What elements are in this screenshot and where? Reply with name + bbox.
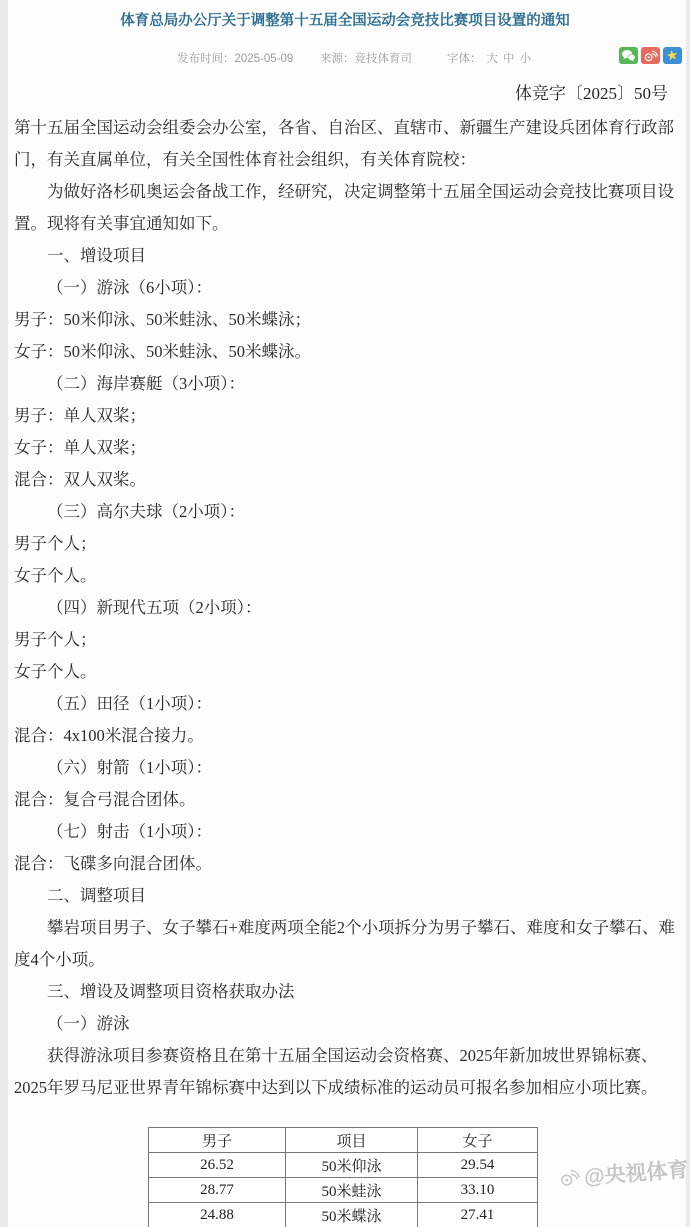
body-lines: 第十五届全国运动会组委会办公室，各省、自治区、直辖市、新疆生产建设兵团体育行政部…: [14, 112, 680, 1104]
body-line: （四）新现代五项（2小项）：: [14, 592, 680, 624]
source-label: 来源：竞技体育司: [320, 50, 412, 68]
table-cell: 24.88: [149, 1203, 286, 1227]
body-line: 男子个人；: [14, 624, 680, 656]
watermark-text: @央视体育: [583, 1153, 689, 1190]
body-line: （三）高尔夫球（2小项）：: [14, 496, 680, 528]
table-row: 28.7750米蛙泳33.10: [149, 1178, 538, 1203]
body-line: 混合：飞碟多向混合团体。: [14, 848, 680, 880]
favorite-share-button[interactable]: ★: [663, 47, 682, 64]
swim-standards-table: 男子项目女子 26.5250米仰泳29.5428.7750米蛙泳33.1024.…: [148, 1127, 538, 1227]
font-size-label: 字体：: [447, 53, 482, 65]
weibo-icon: [643, 49, 658, 62]
body-line: （一）游泳（6小项）：: [14, 272, 680, 304]
body-line: 男子：50米仰泳、50米蛙泳、50米蝶泳；: [14, 304, 680, 336]
body-line: 置。现将有关事宜通知如下。: [14, 208, 680, 240]
body-line: 混合：4x100米混合接力。: [14, 720, 680, 752]
document-number: 体竞字〔2025〕50号: [0, 82, 690, 106]
body-line: 混合：复合弓混合团体。: [14, 784, 680, 816]
body-line: 女子个人。: [14, 656, 680, 688]
body-line: 女子个人。: [14, 560, 680, 592]
wechat-share-button[interactable]: [619, 47, 638, 64]
table-header-cell: 项目: [286, 1128, 418, 1153]
body-line: 攀岩项目男子、女子攀石+难度两项全能2个小项拆分为男子攀石、难度和女子攀石、难: [14, 912, 680, 944]
body-line: （六）射箭（1小项）：: [14, 752, 680, 784]
body-line: （五）田径（1小项）：: [14, 688, 680, 720]
table-cell: 29.54: [418, 1153, 538, 1178]
body-line: 混合：双人双桨。: [14, 464, 680, 496]
wechat-icon: [621, 49, 636, 62]
weibo-share-button[interactable]: [641, 47, 660, 64]
table-head: 男子项目女子: [149, 1128, 538, 1153]
body-line: （七）射击（1小项）：: [14, 816, 680, 848]
table-cell: 27.41: [418, 1203, 538, 1227]
body-line: 获得游泳项目参赛资格且在第十五届全国运动会资格赛、2025年新加坡世界锦标赛、: [14, 1040, 680, 1072]
right-edge-strip: [686, 0, 690, 1227]
body-line: 三、增设及调整项目资格获取办法: [14, 976, 680, 1008]
body-line: （二）海岸赛艇（3小项）：: [14, 368, 680, 400]
table-cell: 28.77: [149, 1178, 286, 1203]
watermark: @央视体育: [557, 1153, 689, 1192]
table-header-cell: 男子: [149, 1128, 286, 1153]
table-cell: 33.10: [418, 1178, 538, 1203]
body-line: 女子：50米仰泳、50米蛙泳、50米蝶泳。: [14, 336, 680, 368]
page-title: 体育总局办公厅关于调整第十五届全国运动会竞技比赛项目设置的通知: [30, 10, 660, 32]
table-body: 26.5250米仰泳29.5428.7750米蛙泳33.1024.8850米蝶泳…: [149, 1153, 538, 1227]
body-line: 门，有关直属单位，有关全国性体育社会组织，有关体育院校：: [14, 144, 680, 176]
body-line: 二、调整项目: [14, 880, 680, 912]
table-cell: 50米蝶泳: [286, 1203, 418, 1227]
font-size-large[interactable]: 大: [487, 53, 499, 65]
body-line: 男子个人；: [14, 528, 680, 560]
font-size-small[interactable]: 小: [520, 53, 532, 65]
body-line: 一、增设项目: [14, 240, 680, 272]
left-edge-strip: [0, 0, 8, 1227]
body-line: 2025年罗马尼亚世界青年锦标赛中达到以下成绩标准的运动员可报名参加相应小项比赛…: [14, 1072, 680, 1104]
table-cell: 50米仰泳: [286, 1153, 418, 1178]
meta-row: 发布时间：2025-05-09 来源：竞技体育司 字体：大中小: [0, 50, 690, 70]
body-line: （一）游泳: [14, 1008, 680, 1040]
body-line: 男子：单人双桨；: [14, 400, 680, 432]
body-line: 第十五届全国运动会组委会办公室，各省、自治区、直辖市、新疆生产建设兵团体育行政部: [14, 112, 680, 144]
table-row: 26.5250米仰泳29.54: [149, 1153, 538, 1178]
weibo-watermark-icon: [557, 1167, 580, 1187]
table-row: 24.8850米蝶泳27.41: [149, 1203, 538, 1227]
publish-date: 发布时间：2025-05-09: [177, 50, 293, 68]
body-line: 度4个小项。: [14, 944, 680, 976]
table-cell: 26.52: [149, 1153, 286, 1178]
notice-page: 体育总局办公厅关于调整第十五届全国运动会竞技比赛项目设置的通知 发布时间：202…: [0, 0, 690, 1227]
star-favorite-icon: ★: [665, 48, 680, 64]
share-buttons: ★: [619, 47, 682, 64]
font-size-medium[interactable]: 中: [503, 53, 515, 65]
table-header-cell: 女子: [418, 1128, 538, 1153]
font-size-switcher: 字体：大中小: [447, 50, 531, 68]
table-cell: 50米蛙泳: [286, 1178, 418, 1203]
body-line: 女子：单人双桨；: [14, 432, 680, 464]
body-line: 为做好洛杉矶奥运会备战工作，经研究，决定调整第十五届全国运动会竞技比赛项目设: [14, 176, 680, 208]
